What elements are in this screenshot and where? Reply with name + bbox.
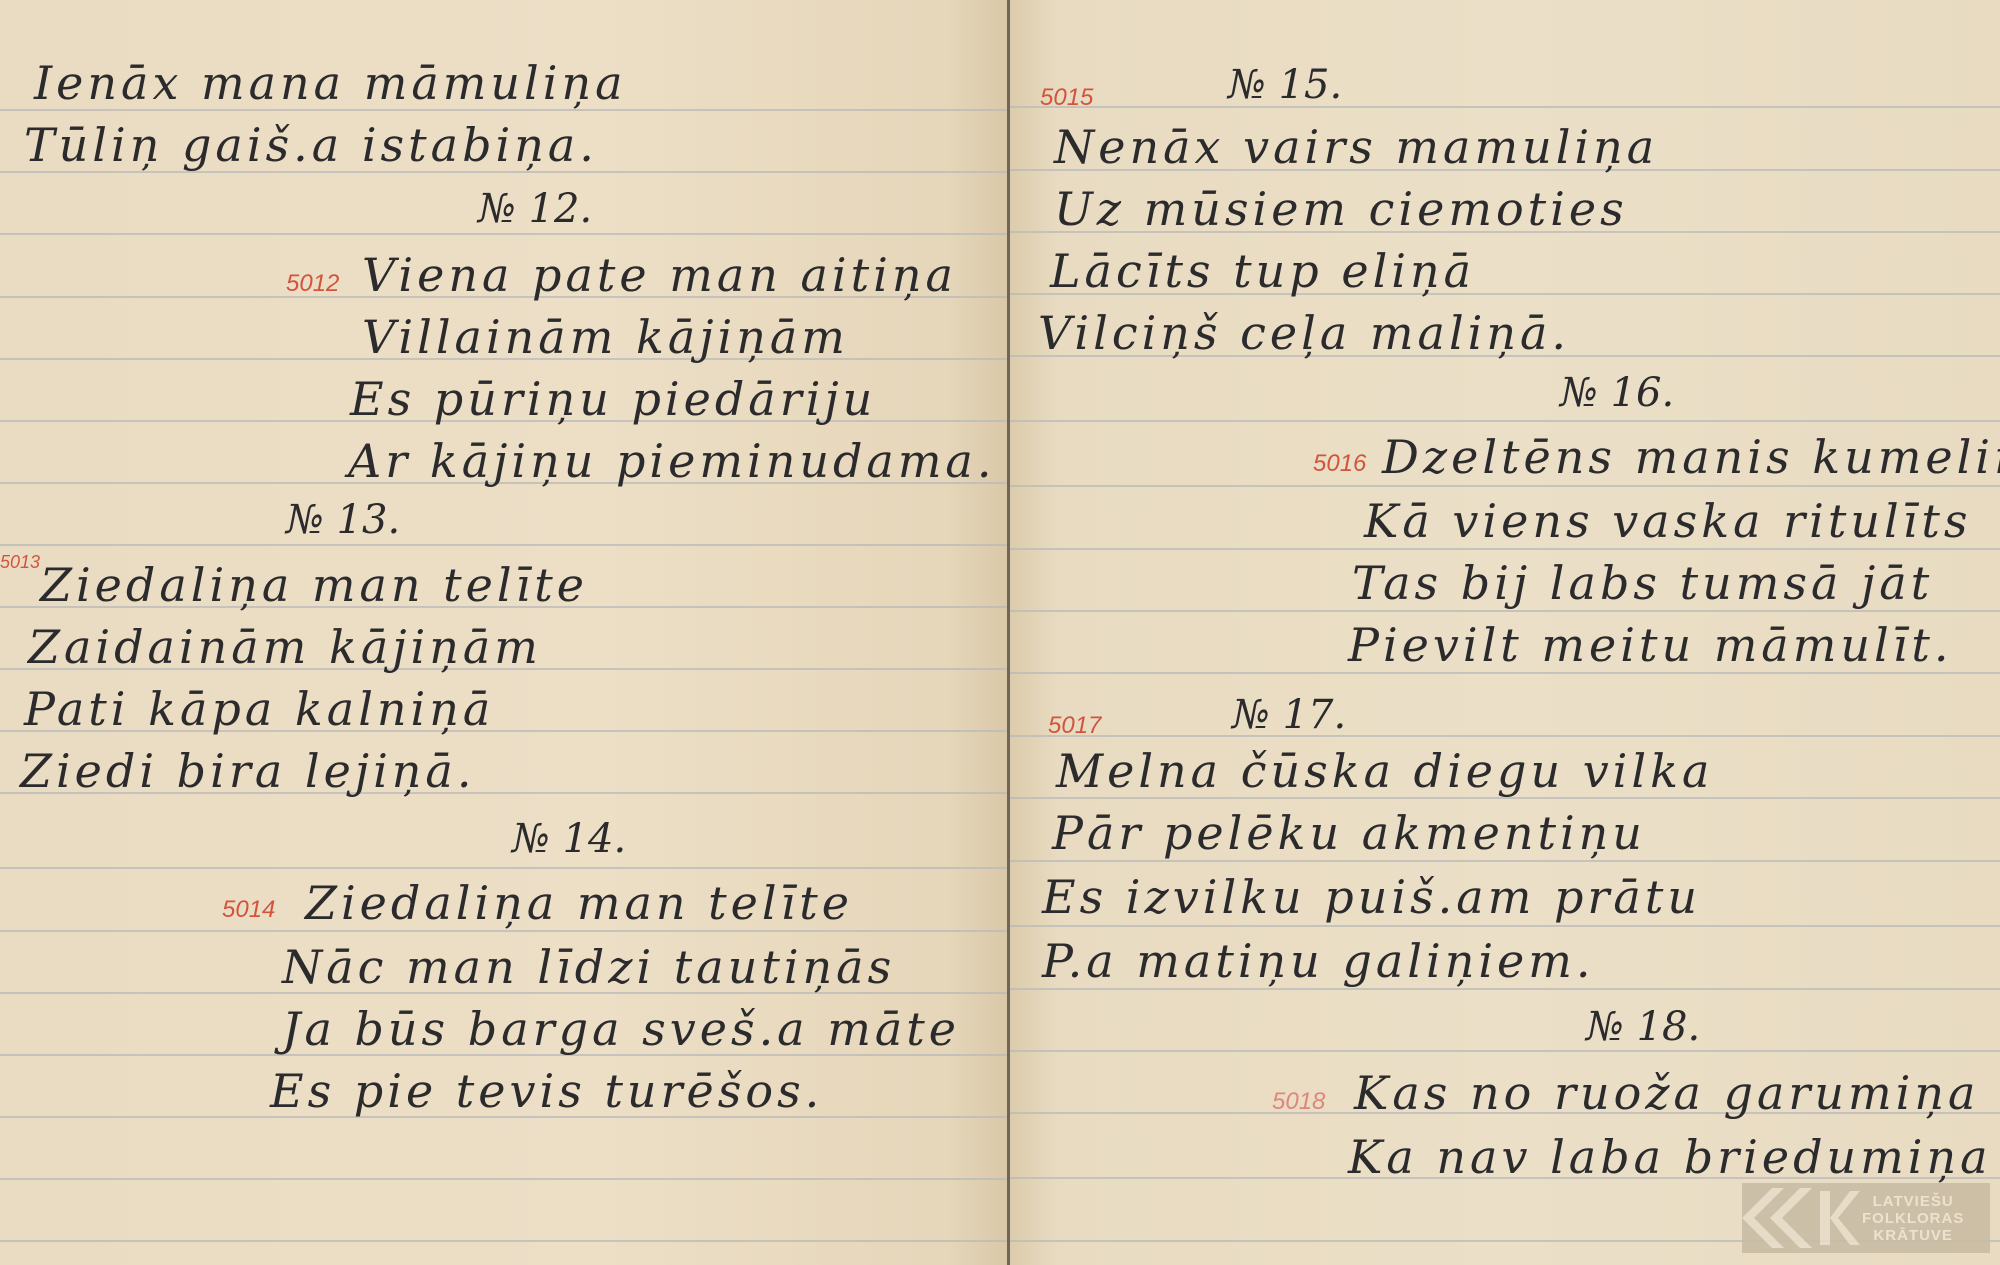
song-number: № 13. [286,497,400,543]
ruled-line [1008,735,2000,737]
verse-line: Tas bij labs tumsā jāt [1352,556,1933,610]
verse-line: Ka nav laba briedumiņa [1348,1130,1992,1184]
watermark-line: LATVIEŠU [1862,1193,1964,1210]
ruled-line [0,233,1008,235]
watermark-line: FOLKLORAS [1862,1210,1964,1227]
ruled-line [0,544,1008,546]
verse-line: Es izvilku puiš.am prātu [1042,870,1701,924]
verse-line: P.a matiņu galiņiem. [1042,934,1595,988]
verse-line: Nenāx vairs mamuliņa [1054,120,1658,174]
right-page: 5015 № 15. Nenāx vairs mamuliņa Uz mūsie… [1008,0,2000,1265]
verse-line: Pati kāpa kalniņā [24,682,494,736]
song-number: № 16. [1560,370,1674,416]
ruled-line [1008,420,2000,422]
song-number: № 17. [1232,692,1346,738]
ruled-line [0,930,1008,932]
archive-watermark: LATVIEŠU FOLKLORAS KRĀTUVE [1742,1183,1990,1253]
verse-line: Kā viens vaska ritulīts [1364,494,1971,548]
verse-line: Ziedaliņa man telīte [40,558,588,612]
verse-line: Ienāx mana māmuliņa [34,56,627,110]
left-page: Ienāx mana māmuliņa Tūliņ gaiš.a istabiņ… [0,0,1008,1265]
ruled-line [1008,548,2000,550]
verse-line: Pievilt meitu māmulīt. [1348,618,1953,672]
verse-line: Vilciņš ceļa maliņā. [1038,306,1570,360]
ruled-line [1008,988,2000,990]
verse-line: Viena pate man aitiņa [362,248,957,302]
ruled-line [0,1178,1008,1180]
catalog-number: 5016 [1313,450,1366,478]
watermark-line: KRĀTUVE [1862,1227,1964,1244]
verse-line: Tūliņ gaiš.a istabiņa. [24,118,598,172]
ruled-line [1008,925,2000,927]
ruled-line [1008,485,2000,487]
ruled-line [0,867,1008,869]
catalog-number: 5012 [286,270,339,298]
catalog-number: 5013 [0,552,40,573]
verse-line: Kas no ruožа garumiņa [1354,1066,1979,1120]
verse-line: Nāc man līdzi tautiņās [282,940,895,994]
catalog-number: 5018 [1272,1088,1325,1116]
song-number: № 18. [1586,1004,1700,1050]
ruled-line [1008,610,2000,612]
song-number: № 12. [478,186,592,232]
verse-line: Dzeltēns manis kumeliņis [1382,430,2000,484]
verse-line: Zaidainām kājiņām [28,620,542,674]
lfk-logo-icon [1742,1183,1862,1253]
catalog-number: 5014 [222,896,275,924]
watermark-text: LATVIEŠU FOLKLORAS KRĀTUVE [1862,1193,1964,1244]
verse-line: Melna čūskа diegu vilka [1056,744,1713,798]
verse-line: Lācīts tup eliņā [1050,244,1475,298]
verse-line: Es pūriņu piedāriju [350,372,876,426]
verse-line: Ziedaliņa man telīte [305,876,853,930]
verse-line: Ziedi bira lejiņā. [20,744,475,798]
ruled-line [0,1240,1008,1242]
verse-line: Ar kājiņu pieminudama. [348,434,995,488]
catalog-number: 5017 [1048,712,1101,740]
verse-line: Ja būs barga sveš.a māte [282,1002,960,1056]
ruled-line [1008,106,2000,108]
verse-line: Uz mūsiem ciemoties [1054,182,1628,236]
notebook-spine [1007,0,1010,1265]
verse-line: Es pie tevis turēšos. [270,1064,823,1118]
verse-line: Pār pelēku akmentiņu [1052,806,1646,860]
catalog-number: 5015 [1040,84,1093,112]
song-number: № 14. [512,816,626,862]
ruled-line [1008,860,2000,862]
song-number: № 15. [1228,62,1342,108]
ruled-line [1008,672,2000,674]
ruled-line [1008,1050,2000,1052]
verse-line: Villainām kājiņām [362,310,849,364]
